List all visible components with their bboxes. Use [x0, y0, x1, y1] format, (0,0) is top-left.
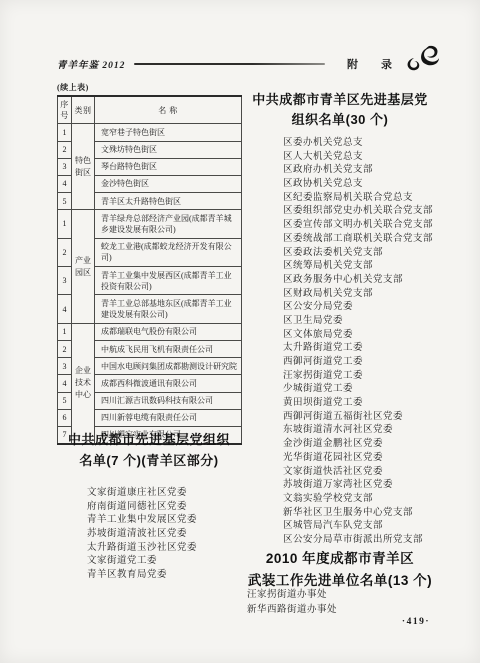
- title-line: 中共成都市青羊区先进基层党: [248, 90, 432, 110]
- cell-name: 琴台路特色街区: [95, 158, 242, 175]
- cell-name: 中国水电顾问集团成都勘测设计研究院: [95, 358, 242, 375]
- list-item: 西御河街道党工委: [283, 356, 433, 370]
- list-item: 青羊区教育局党委: [87, 569, 197, 583]
- bottom-section-title: 2010 年度成都市青羊区 武装工作先进单位名单(13 个): [244, 548, 436, 591]
- table-continuation-note: (续上表): [57, 82, 89, 93]
- list-item: 区纪委监察局机关联合党总支: [283, 192, 433, 206]
- roster-table: 序号 类别 名 称 1特色街区宽窄巷子特色街区2文殊坊特色街区3琴台路特色街区4…: [57, 95, 242, 445]
- cell-category: 特色街区: [72, 124, 95, 210]
- title-line: 名单(7 个)(青羊区部分): [57, 451, 241, 472]
- list-item: 府南街道同德社区党委: [87, 501, 197, 515]
- cell-seq: 4: [58, 295, 72, 323]
- list-item: 文翁实验学校党支部: [283, 493, 433, 507]
- list-item: 苏坡街道清波社区党委: [87, 528, 197, 542]
- table-body: 1特色街区宽窄巷子特色街区2文殊坊特色街区3琴台路特色街区4金沙特色街区5青羊区…: [58, 124, 242, 444]
- cell-name: 青羊工业集中发展西区(成都青羊工业投资有限公司): [95, 267, 242, 295]
- list-item: 区公安分局党委: [283, 301, 433, 315]
- cell-seq: 2: [58, 238, 72, 266]
- list-item: 汪家拐街道办事处: [247, 588, 337, 603]
- cell-name: 四川汇源吉讯数码科技有限公司: [95, 392, 242, 409]
- list-item: 太升路街道玉沙社区党委: [87, 542, 197, 556]
- cell-seq: 4: [58, 375, 72, 392]
- cell-name: 中航成飞民用飞机有限责任公司: [95, 341, 242, 358]
- list-item: 区统筹局机关党支部: [283, 260, 433, 274]
- list-item: 区委政法委机关党支部: [283, 247, 433, 261]
- cell-seq: 4: [58, 175, 72, 192]
- cell-seq: 3: [58, 267, 72, 295]
- list-item: 青羊工业集中发展区党委: [87, 514, 197, 528]
- list-item: 区政务服务中心机关党支部: [283, 274, 433, 288]
- list-item: 太升路街道党工委: [283, 342, 433, 356]
- list-item: 文家街道党工委: [87, 555, 197, 569]
- list-item: 区文体旅局党委: [283, 329, 433, 343]
- cell-seq: 5: [58, 193, 72, 210]
- list-item: 区政府办机关党支部: [283, 164, 433, 178]
- cell-name: 青羊绿舟总部经济产业园(成都青羊城乡建设发展有限公司): [95, 210, 242, 238]
- list-item: 少城街道党工委: [283, 383, 433, 397]
- title-line: 组织名单(30 个): [248, 110, 432, 130]
- title-line: 2010 年度成都市青羊区: [244, 548, 436, 570]
- list-item: 区城管局汽车队党支部: [283, 520, 433, 534]
- list-item: 金沙街道金鹏社区党委: [283, 438, 433, 452]
- header-rule: [134, 63, 325, 65]
- right-section-title: 中共成都市青羊区先进基层党 组织名单(30 个): [248, 90, 432, 130]
- cell-name: 青羊区太升路特色街区: [95, 193, 242, 210]
- list-item: 区卫生局党委: [283, 315, 433, 329]
- cell-seq: 3: [58, 358, 72, 375]
- list-item: 新华西路街道办事处: [247, 603, 337, 618]
- list-item: 东坡街道清水河社区党委: [283, 424, 433, 438]
- list-item: 区公安分局草市街派出所党支部: [283, 534, 433, 548]
- left-section-list: 文家街道康庄社区党委府南街道同德社区党委青羊工业集中发展区党委苏坡街道清波社区党…: [87, 487, 197, 583]
- table-row: 1特色街区宽窄巷子特色街区: [58, 124, 242, 141]
- cell-name: 文殊坊特色街区: [95, 141, 242, 158]
- table-row: 1产业园区青羊绿舟总部经济产业园(成都青羊城乡建设发展有限公司): [58, 210, 242, 238]
- col-header-name: 名 称: [95, 96, 242, 124]
- bottom-section-list: 汪家拐街道办事处新华西路街道办事处: [247, 588, 337, 618]
- cell-name: 成都西科微波通讯有限公司: [95, 375, 242, 392]
- table-header-row: 序号 类别 名 称: [58, 96, 242, 124]
- list-item: 新华社区卫生服务中心党支部: [283, 507, 433, 521]
- cell-name: 蛟龙工业港(成都蛟龙经济开发有限公司): [95, 238, 242, 266]
- section-label: 附 录: [347, 56, 402, 72]
- right-section-list: 区委办机关党总支区人大机关党总支区政府办机关党支部区政协机关党总支区纪委监察局机…: [283, 137, 433, 548]
- list-item: 苏坡街道万家湾社区党委: [283, 479, 433, 493]
- running-head: 青羊年鉴 2012 附 录: [57, 50, 440, 78]
- list-item: 区委组织部党史办机关联合党支部: [283, 205, 433, 219]
- cell-name: 青羊工业总部基地东区(成都青羊工业建设发展有限公司): [95, 295, 242, 323]
- cell-seq: 1: [58, 210, 72, 238]
- page-number: ·419·: [402, 617, 430, 627]
- list-item: 文家街道康庄社区党委: [87, 487, 197, 501]
- cell-category: 企业技术中心: [72, 323, 95, 444]
- list-item: 区人大机关党总支: [283, 151, 433, 165]
- cell-seq: 3: [58, 158, 72, 175]
- col-header-category: 类别: [72, 96, 95, 124]
- calligraphic-swirl-icon: [404, 45, 440, 80]
- cell-category: 产业园区: [72, 210, 95, 324]
- cell-seq: 5: [58, 392, 72, 409]
- list-item: 区委办机关党总支: [283, 137, 433, 151]
- list-item: 区财政局机关党支部: [283, 288, 433, 302]
- col-header-seq: 序号: [58, 96, 72, 124]
- cell-seq: 2: [58, 141, 72, 158]
- list-item: 黄田坝街道党工委: [283, 397, 433, 411]
- list-item: 西御河街道五福街社区党委: [283, 411, 433, 425]
- list-item: 区政协机关党总支: [283, 178, 433, 192]
- cell-name: 金沙特色街区: [95, 175, 242, 192]
- list-item: 文家街道快活社区党委: [283, 466, 433, 480]
- cell-seq: 6: [58, 409, 72, 426]
- title-line: 中共成都市先进基层党组织: [57, 430, 241, 451]
- list-item: 汪家拐街道党工委: [283, 370, 433, 384]
- cell-seq: 1: [58, 124, 72, 141]
- cell-name: 四川新蓉电缆有限责任公司: [95, 409, 242, 426]
- table-row: 1企业技术中心成都瑞联电气股份有限公司: [58, 323, 242, 340]
- cell-seq: 1: [58, 323, 72, 340]
- document-page: 青羊年鉴 2012 附 录 (续上表) 序号 类别 名 称 1特色街区宽窄巷子特…: [0, 0, 480, 663]
- list-item: 光华街道花园社区党委: [283, 452, 433, 466]
- journal-title: 青羊年鉴 2012: [57, 57, 125, 71]
- cell-seq: 2: [58, 341, 72, 358]
- list-item: 区委统战部工商联机关联合党支部: [283, 233, 433, 247]
- list-item: 区委宣传部文明办机关联合党支部: [283, 219, 433, 233]
- left-section-title: 中共成都市先进基层党组织 名单(7 个)(青羊区部分): [57, 430, 241, 471]
- cell-name: 宽窄巷子特色街区: [95, 124, 242, 141]
- cell-name: 成都瑞联电气股份有限公司: [95, 323, 242, 340]
